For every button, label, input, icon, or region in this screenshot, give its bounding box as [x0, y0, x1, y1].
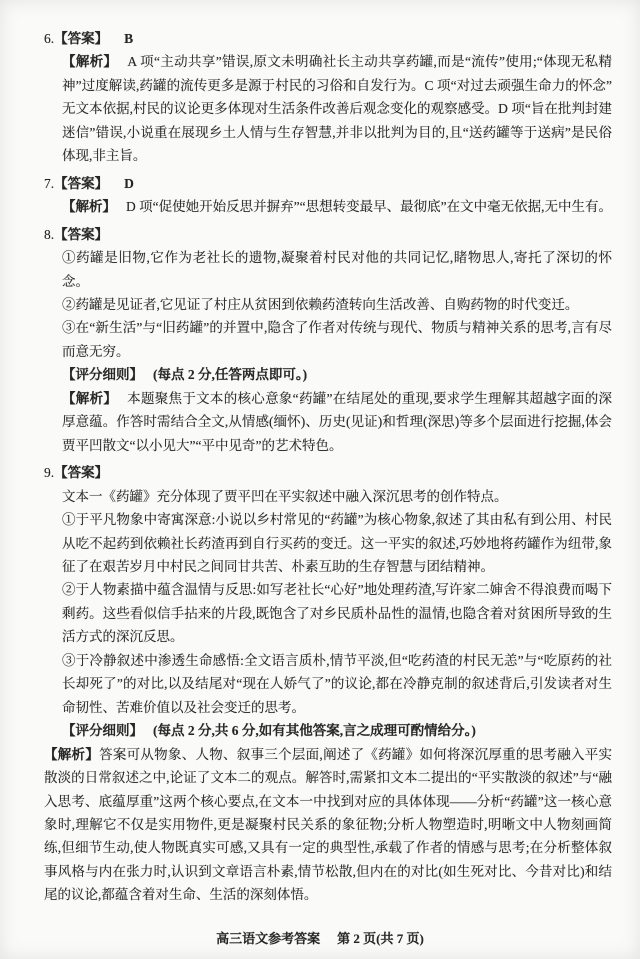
q6-number: 6.	[44, 31, 54, 46]
q8-analysis-paragraph: 【解析】本题聚焦于文本的核心意象“药罐”在结尾处的重现,要求学生理解其超越字面的…	[62, 387, 612, 457]
answer-item-7: 7.【答案】D 【解析】D 项“促使她开始反思并摒弃”“思想转变最早、最彻底”在…	[44, 172, 612, 219]
q9-number: 9.	[44, 465, 54, 480]
q8-point-1: ①药罐是旧物,它作为老社长的遗物,凝聚着村民对他的共同记忆,睹物思人,寄托了深切…	[62, 246, 612, 293]
q8-answer-line: 8.【答案】	[44, 223, 612, 246]
q9-point-1: ①于平凡物象中寄寓深意:小说以乡村常见的“药罐”为核心物象,叙述了其由私有到公用…	[62, 508, 612, 578]
q9-scoring-text: (每点 2 分,共 6 分,如有其他答案,言之成理可酌情给分。)	[153, 723, 476, 738]
answer-item-6: 6.【答案】B 【解析】A 项“主动共享”错误,原文未明确社长主动共享药罐,而是…	[44, 27, 612, 168]
answer-item-9: 9.【答案】 文本一《药罐》充分体现了贾平凹在平实叙述中融入深沉思考的创作特点。…	[44, 461, 612, 907]
q8-point-2: ②药罐是见证者,它见证了村庄从贫困到依赖药渣转向生活改善、自购药物的时代变迁。	[62, 293, 612, 316]
answer-item-8: 8.【答案】 ①药罐是旧物,它作为老社长的遗物,凝聚着村民对他的共同记忆,睹物思…	[44, 223, 612, 458]
q9-analysis-label: 【解析】	[44, 747, 99, 762]
q8-scoring-label: 【评分细则】	[62, 367, 143, 382]
q7-analysis-label: 【解析】	[62, 199, 116, 214]
footer-page-number: 第 2 页(共 7 页)	[337, 931, 424, 946]
q8-scoring-rule: 【评分细则】(每点 2 分,任答两点即可。)	[62, 363, 612, 386]
exam-answer-sheet-page: 6.【答案】B 【解析】A 项“主动共享”错误,原文未明确社长主动共享药罐,而是…	[0, 0, 640, 959]
q6-analysis-text: A 项“主动共享”错误,原文未明确社长主动共享药罐,而是“流传”使用;“体现无私…	[62, 54, 612, 163]
q8-number: 8.	[44, 227, 54, 242]
q9-answer-line: 9.【答案】	[44, 461, 612, 484]
q7-answer-label: 【答案】	[54, 176, 108, 191]
q7-analysis-paragraph: 【解析】D 项“促使她开始反思并摒弃”“思想转变最早、最彻底”在文中毫无依据,无…	[62, 195, 612, 218]
page-footer: 高三语文参考答案第 2 页(共 7 页)	[0, 928, 640, 947]
q6-answer-value: B	[124, 31, 133, 46]
q8-analysis-text: 本题聚焦于文本的核心意象“药罐”在结尾处的重现,要求学生理解其超越字面的深厚意蕴…	[62, 391, 612, 453]
q6-answer-line: 6.【答案】B	[44, 27, 612, 50]
q7-number: 7.	[44, 176, 54, 191]
q6-analysis-paragraph: 【解析】A 项“主动共享”错误,原文未明确社长主动共享药罐,而是“流传”使用;“…	[62, 50, 612, 167]
q7-answer-line: 7.【答案】D	[44, 172, 612, 195]
q9-point-2: ②于人物素描中蕴含温情与反思:如写老社长“心好”地处理药渣,写许家二婶舍不得浪费…	[62, 578, 612, 648]
q9-analysis-text: 答案可从物象、人物、叙事三个层面,阐述了《药罐》如何将深沉厚重的思考融入平实散淡…	[44, 747, 612, 903]
q7-analysis-text: D 项“促使她开始反思并摒弃”“思想转变最早、最彻底”在文中毫无依据,无中生有。	[126, 199, 612, 214]
q9-intro: 文本一《药罐》充分体现了贾平凹在平实叙述中融入深沉思考的创作特点。	[62, 485, 612, 508]
q9-analysis-paragraph: 【解析】答案可从物象、人物、叙事三个层面,阐述了《药罐》如何将深沉厚重的思考融入…	[44, 743, 612, 907]
q7-answer-value: D	[124, 176, 134, 191]
footer-title: 高三语文参考答案	[216, 931, 320, 946]
q8-analysis-label: 【解析】	[62, 391, 117, 406]
q8-scoring-text: (每点 2 分,任答两点即可。)	[153, 367, 307, 382]
q9-scoring-rule: 【评分细则】(每点 2 分,共 6 分,如有其他答案,言之成理可酌情给分。)	[62, 719, 612, 742]
q9-scoring-label: 【评分细则】	[62, 723, 143, 738]
q6-analysis-label: 【解析】	[62, 54, 117, 69]
q8-answer-label: 【答案】	[54, 227, 108, 242]
q8-point-3: ③在“新生活”与“旧药罐”的并置中,隐含了作者对传统与现代、物质与精神关系的思考…	[62, 316, 612, 363]
q9-point-3: ③于冷静叙述中渗透生命感悟:全文语言质朴,情节平淡,但“吃药渣的村民无恙”与“吃…	[62, 649, 612, 719]
q6-answer-label: 【答案】	[54, 31, 108, 46]
q9-answer-label: 【答案】	[54, 465, 108, 480]
